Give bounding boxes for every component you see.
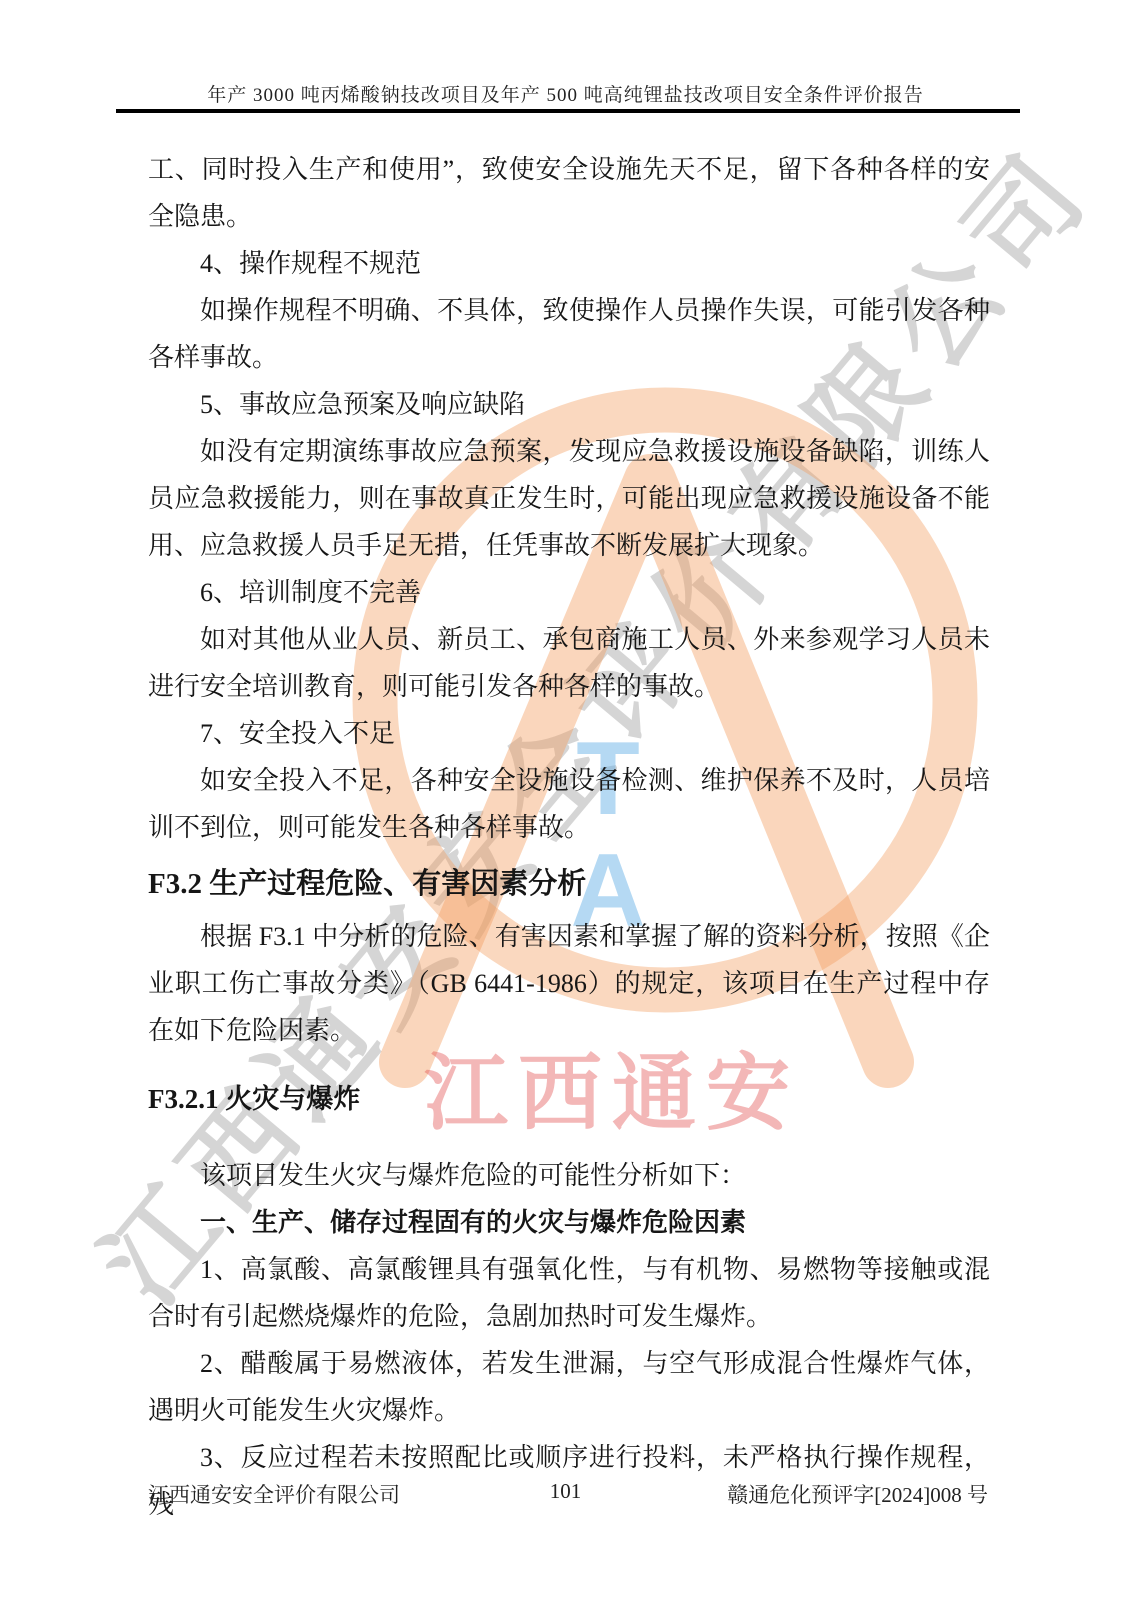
document-body: 工、同时投入生产和使用”，致使安全设施先天不足，留下各种各样的安全隐患。 4、操… — [148, 146, 990, 1528]
paragraph: 4、操作规程不规范 — [148, 240, 990, 287]
paragraph: 根据 F3.1 中分析的危险、有害因素和掌握了解的资料分析，按照《企业职工伤亡事… — [148, 913, 990, 1054]
subsection-heading: 一、生产、储存过程固有的火灾与爆炸危险因素 — [148, 1199, 990, 1246]
paragraph: 2、醋酸属于易燃液体，若发生泄漏，与空气形成混合性爆炸气体，遇明火可能发生火灾爆… — [148, 1340, 990, 1434]
paragraph: 6、培训制度不完善 — [148, 569, 990, 616]
footer-company: 江西通安安全评价有限公司 — [148, 1479, 400, 1509]
paragraph: 如操作规程不明确、不具体，致使操作人员操作失误，可能引发各种各样事故。 — [148, 287, 990, 381]
paragraph: 该项目发生火灾与爆炸危险的可能性分析如下： — [148, 1152, 990, 1199]
header-rule — [116, 109, 1020, 113]
section-heading-f32: F3.2 生产过程危险、有害因素分析 — [148, 859, 990, 909]
section-heading-f321: F3.2.1 火灾与爆炸 — [148, 1074, 990, 1124]
paragraph: 1、高氯酸、高氯酸锂具有强氧化性，与有机物、易燃物等接触或混合时有引起燃烧爆炸的… — [148, 1246, 990, 1340]
paragraph: 如安全投入不足，各种安全设施设备检测、维护保养不及时，人员培训不到位，则可能发生… — [148, 757, 990, 851]
paragraph: 如对其他从业人员、新员工、承包商施工人员、外来参观学习人员未进行安全培训教育，则… — [148, 616, 990, 710]
paragraph: 如没有定期演练事故应急预案，发现应急救援设施设备缺陷，训练人员应急救援能力，则在… — [148, 428, 990, 569]
paragraph: 工、同时投入生产和使用”，致使安全设施先天不足，留下各种各样的安全隐患。 — [148, 146, 990, 240]
page-header-title: 年产 3000 吨丙烯酸钠技改项目及年产 500 吨高纯锂盐技改项目安全条件评价… — [0, 80, 1131, 107]
footer-doc-number: 赣通危化预评字[2024]008 号 — [727, 1479, 988, 1509]
paragraph: 5、事故应急预案及响应缺陷 — [148, 381, 990, 428]
footer-page-number: 101 — [550, 1479, 582, 1504]
document-page: 江西通安安全评价有限公司 T A 江西通安 年产 3000 吨丙烯酸钠技改项目及… — [0, 0, 1131, 1600]
paragraph: 7、安全投入不足 — [148, 710, 990, 757]
